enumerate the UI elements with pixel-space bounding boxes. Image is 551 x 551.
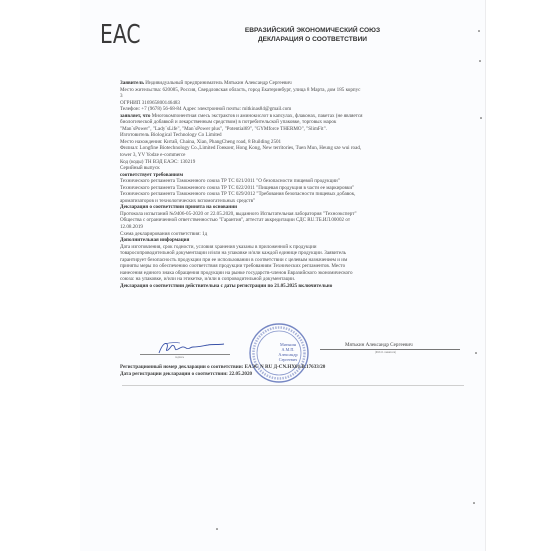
product-description: Многокомпонентная смесь экстрактов и ами… bbox=[152, 113, 363, 119]
document-header: ЕВРАЗИЙСКИЙ ЭКОНОМИЧЕСКИЙ СОЮЗ ДЕКЛАРАЦИ… bbox=[140, 26, 485, 44]
signature-line bbox=[140, 354, 230, 355]
registration-number: ЕАЭС N RU Д-CN.НХ01.В.17633/20 bbox=[245, 364, 326, 370]
applicant-value: Индивидуальный предприниматель Мятькин А… bbox=[145, 80, 291, 86]
eac-logo: EAC bbox=[100, 22, 140, 48]
document-page: EAC ЕВРАЗИЙСКИЙ ЭКОНОМИЧЕСКИЙ СОЮЗ ДЕКЛА… bbox=[80, 0, 486, 551]
document-body: Заявитель Индивидуальный предприниматель… bbox=[120, 80, 465, 290]
scan-speck bbox=[473, 502, 475, 504]
scan-speck bbox=[478, 30, 480, 32]
stamp-inscription: Мятькин А.М.П. Александр Сергеевич bbox=[272, 342, 304, 362]
stamp-line: Сергеевич bbox=[272, 357, 304, 362]
scan-speck bbox=[216, 528, 218, 530]
scan-speck bbox=[479, 60, 481, 62]
signature-caption: подпись bbox=[175, 356, 184, 359]
union-title: ЕВРАЗИЙСКИЙ ЭКОНОМИЧЕСКИЙ СОЮЗ bbox=[140, 26, 485, 35]
registration-date: 22.05.2020 bbox=[229, 371, 252, 377]
conforms-label: соответствует bbox=[120, 172, 152, 178]
registration-date-label: Дата регистрации декларации о соответств… bbox=[120, 371, 228, 377]
requirements-label: требованиям bbox=[153, 172, 183, 178]
scan-speck bbox=[475, 352, 477, 354]
scan-canvas: EAC ЕВРАЗИЙСКИЙ ЭКОНОМИЧЕСКИЙ СОЮЗ ДЕКЛА… bbox=[0, 0, 551, 551]
name-caption: (Ф.И.О. заявителя) bbox=[375, 351, 396, 354]
signatory-name: Мятькин Александр Сергеевич bbox=[345, 342, 413, 348]
declares-label: заявляет, что bbox=[120, 113, 150, 119]
declaration-title: ДЕКЛАРАЦИЯ О СООТВЕТСТВИИ bbox=[140, 35, 485, 44]
registration-number-line: Регистрационный номер декларации о соотв… bbox=[120, 364, 465, 371]
registration-info: Регистрационный номер декларации о соотв… bbox=[120, 364, 465, 377]
registration-date-line: Дата регистрации декларации о соответств… bbox=[120, 371, 465, 378]
applicant-label: Заявитель bbox=[120, 80, 144, 86]
validity-statement: Декларация о соответствии действительна … bbox=[120, 283, 465, 290]
handwritten-signature bbox=[156, 341, 226, 355]
registration-number-label: Регистрационный номер декларации о соотв… bbox=[120, 364, 243, 370]
bottom-divider bbox=[122, 385, 464, 386]
name-line bbox=[320, 349, 460, 350]
scan-speck bbox=[480, 117, 482, 119]
